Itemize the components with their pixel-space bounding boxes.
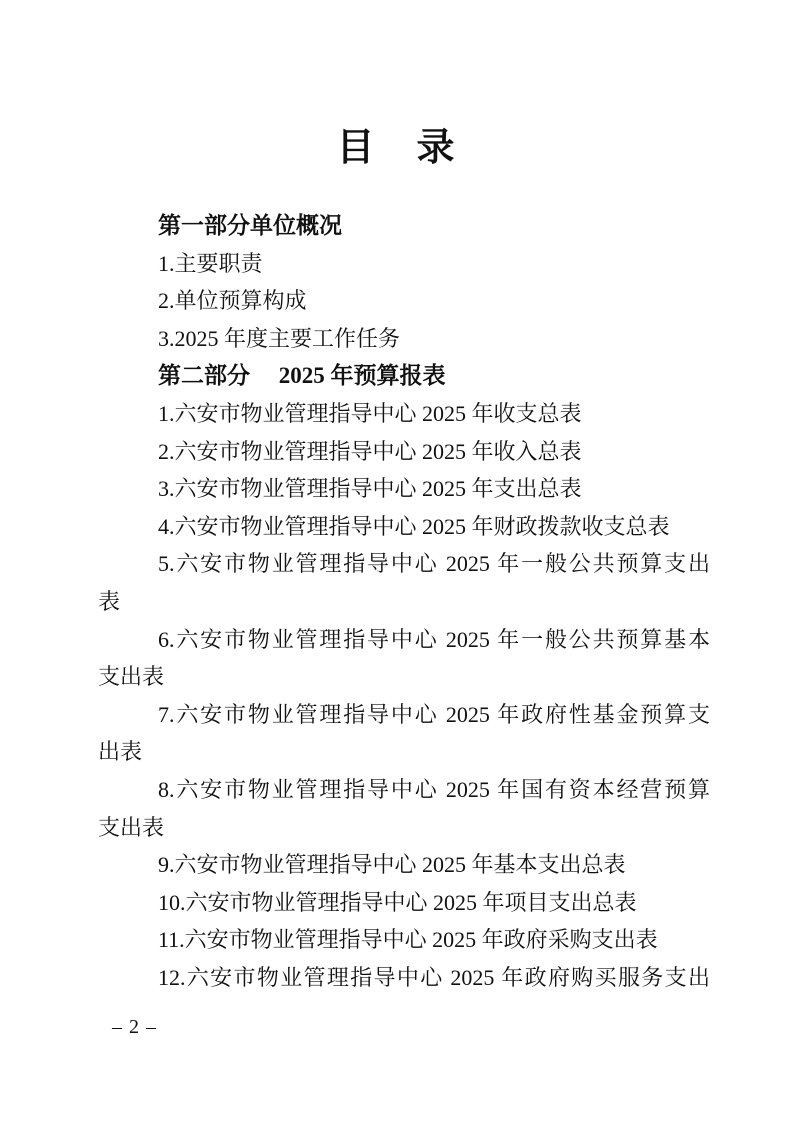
- toc-entry: 2.单位预算构成: [98, 282, 710, 320]
- toc-entry: 3.六安市物业管理指导中心 2025 年支出总表: [98, 470, 710, 508]
- toc-entry: 7.六安市物业管理指导中心 2025 年政府性基金预算支: [98, 696, 710, 734]
- toc-entry: 2.六安市物业管理指导中心 2025 年收入总表: [98, 433, 710, 471]
- toc-entry: 3.2025 年度主要工作任务: [98, 320, 710, 358]
- toc-section-heading-part2: 第二部分 2025 年预算报表: [98, 357, 710, 395]
- toc-entry: 10.六安市物业管理指导中心 2025 年项目支出总表: [98, 884, 710, 922]
- toc-entry: 12.六安市物业管理指导中心 2025 年政府购买服务支出: [98, 959, 710, 997]
- toc-entry: 4.六安市物业管理指导中心 2025 年财政拨款收支总表: [98, 508, 710, 546]
- toc-entry-continuation: 支出表: [98, 658, 710, 696]
- toc-entry: 1.主要职责: [98, 245, 710, 283]
- toc-entry-continuation: 出表: [98, 733, 710, 771]
- toc-entry: 8.六安市物业管理指导中心 2025 年国有资本经营预算: [98, 771, 710, 809]
- document-page: 目 录 第一部分单位概况 1.主要职责 2.单位预算构成 3.2025 年度主要…: [0, 0, 793, 1122]
- document-title: 目 录: [0, 124, 793, 172]
- toc-section-heading-part1: 第一部分单位概况: [98, 207, 710, 245]
- toc-entry: 11.六安市物业管理指导中心 2025 年政府采购支出表: [98, 921, 710, 959]
- page-number: – 2 –: [112, 1014, 157, 1040]
- toc-entry: 5.六安市物业管理指导中心 2025 年一般公共预算支出: [98, 545, 710, 583]
- toc-entry: 9.六安市物业管理指导中心 2025 年基本支出总表: [98, 846, 710, 884]
- toc-entry: 1.六安市物业管理指导中心 2025 年收支总表: [98, 395, 710, 433]
- toc-entry-continuation: 支出表: [98, 809, 710, 847]
- toc-entry: 6.六安市物业管理指导中心 2025 年一般公共预算基本: [98, 621, 710, 659]
- table-of-contents: 第一部分单位概况 1.主要职责 2.单位预算构成 3.2025 年度主要工作任务…: [98, 207, 710, 996]
- toc-entry-continuation: 表: [98, 583, 710, 621]
